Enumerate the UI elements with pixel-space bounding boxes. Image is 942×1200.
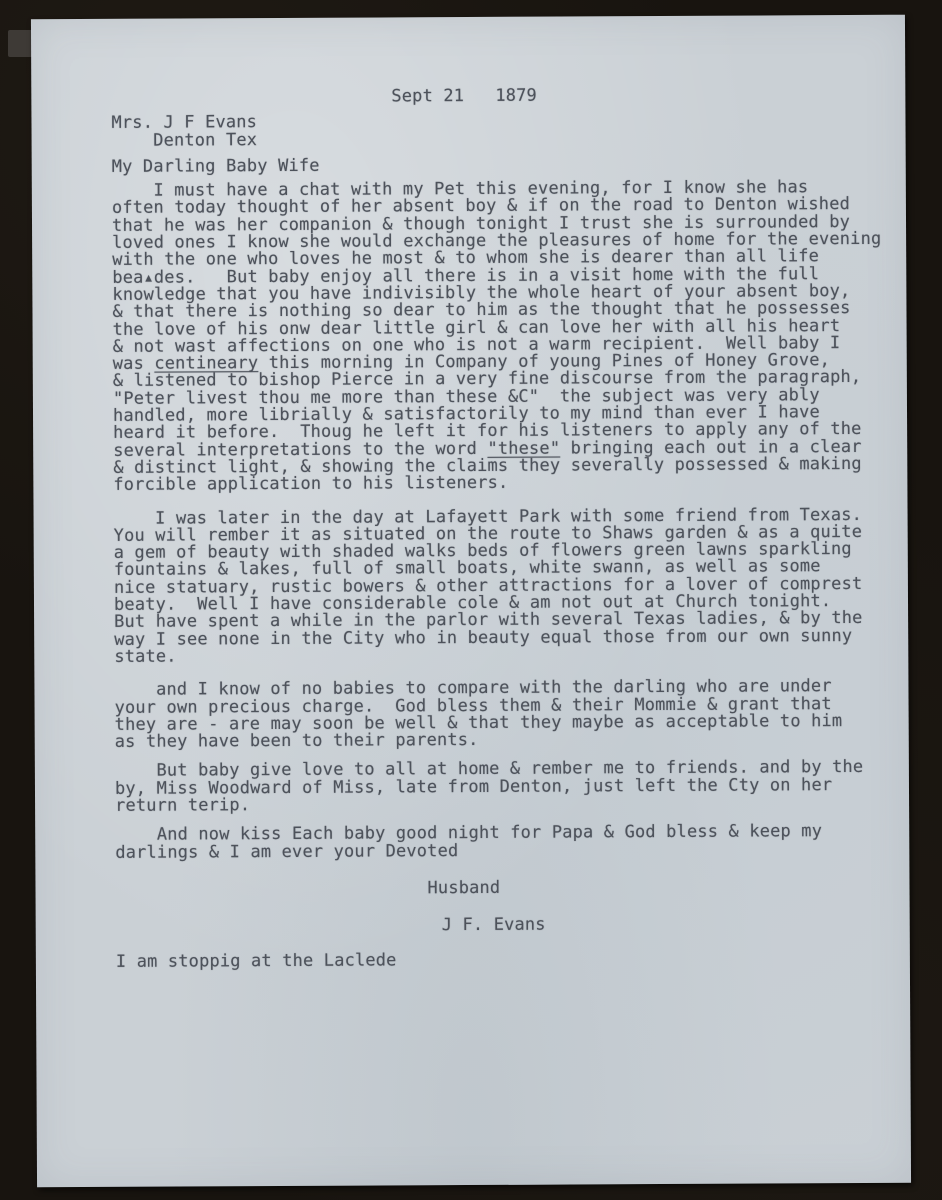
signature: J F. Evans	[116, 915, 910, 936]
letter-paragraph: But baby give love to all at home & remb…	[115, 759, 909, 815]
letter-line: forcible application to his listeners.	[113, 473, 907, 494]
letter-paragraph: And now kiss Each baby good night for Pa…	[115, 823, 909, 862]
letter-line: as they have been to their parents.	[115, 730, 909, 751]
letter-line: return terip.	[115, 794, 909, 815]
letter-line: And now kiss Each baby good night for Pa…	[115, 823, 909, 844]
letter-paragraph: and I know of no babies to compare with …	[114, 678, 908, 751]
letter-paragraph: I must have a chat with my Pet this even…	[112, 179, 908, 494]
recipient-city: Denton Tex	[112, 128, 906, 149]
postscript: I am stoppig at the Laclede	[116, 950, 910, 971]
letter-line: darlings & I am ever your Devoted	[115, 840, 909, 861]
salutation: My Darling Baby Wife	[112, 155, 906, 176]
signoff-title: Husband	[115, 878, 909, 899]
letter-line: way I see none in the City who in beauty…	[114, 627, 908, 648]
date-line: Sept 21 1879	[111, 86, 905, 107]
letter-paragraph: I was later in the day at Lafayett Park …	[114, 506, 909, 666]
letter-body: I must have a chat with my Pet this even…	[112, 179, 910, 862]
letter-page: Sept 21 1879 Mrs. J F Evans Denton Tex M…	[31, 15, 911, 1188]
scan-background: Sept 21 1879 Mrs. J F Evans Denton Tex M…	[0, 0, 942, 1200]
